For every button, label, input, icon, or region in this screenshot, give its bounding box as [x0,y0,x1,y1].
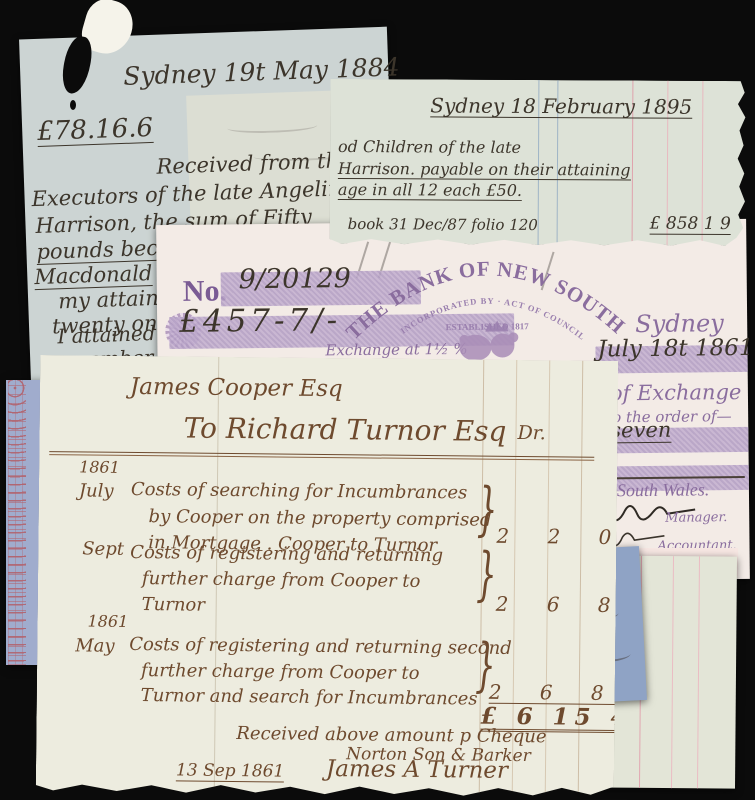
invoice-creditor: To Richard Turnor Esq [183,414,506,445]
svg-text:INCORPORATED BY · ACT OF COUNC: INCORPORATED BY · ACT OF COUNCIL [398,295,587,344]
ornamental-border [8,380,26,665]
draft-number: 9/20129 [239,265,351,293]
brace: } [477,480,498,538]
row-month: Sept [82,540,124,558]
bank-arch: THE BANK OF NEW SOUTH WALES INCORPORATED… [336,234,637,362]
receipt-amount: £78.16.6 [37,115,154,147]
receipt-line: I attained [57,323,156,346]
letter-1895-paper: Sydney 18 February 1895 od Children of t… [330,79,747,246]
ledger-line-pink [697,556,700,788]
letter-footer: book 31 Dec/87 folio 120 [348,217,538,233]
brace: } [476,545,497,603]
letter-line: od Children of the late [338,139,521,156]
row-month: July [79,482,114,500]
letter-dateline: Sydney 18 February 1895 [430,95,692,118]
row-line: by Cooper on the property comprised [149,508,492,530]
black-dot [70,100,76,110]
header-rule [49,451,594,461]
row-line: Turnor and search for Incumbrances [141,687,478,709]
draft-date: July 18t 1861 [597,337,753,362]
receipt-line: my attain [58,288,159,312]
row-line: Costs of searching for Incumbrances [131,481,468,503]
draft-place: Sydney [635,311,724,336]
amount-words: seven [610,420,671,444]
invoice-dr-label: Dr. [517,424,545,443]
row-amount: 2 6 8 [496,594,627,615]
draft-amount: £457-7/- [179,305,341,338]
received-line: Received above amount p Cheque [236,725,546,746]
letter-footer-amount: £ 858 1 9 [650,216,731,235]
row-line: further charge from Cooper to [141,662,420,683]
exchange-line: of Exchange [610,382,742,404]
row-line: Costs of registering and returning [130,544,443,565]
row-line: further charge from Cooper to [142,570,421,591]
manager-label: Manager. [665,511,727,525]
row-amount: 2 6 8 [489,682,620,705]
row-year: 1861 [87,613,128,629]
turner-signature: James A Turner [326,758,508,783]
row-year: 1861 [79,459,120,475]
ledger-line-pink [671,556,674,788]
invoice-debtor: James Cooper Esq [130,376,343,401]
receipt-date: 13 Sep 1861 [176,762,284,782]
invoice-1861-paper: James Cooper Esq To Richard Turnor Esq D… [36,355,619,798]
row-line: Costs of registering and returning secon… [129,636,512,658]
row-month: May [75,637,115,655]
letter-line: Harrison. payable on their attaining [338,161,631,181]
letter-line: age in all 12 each £50. [338,182,522,201]
bank-incorporated: INCORPORATED BY · ACT OF COUNCIL [398,295,587,344]
row-amount: 2 2 0 [496,526,627,547]
row-line: Turnor [142,596,205,615]
